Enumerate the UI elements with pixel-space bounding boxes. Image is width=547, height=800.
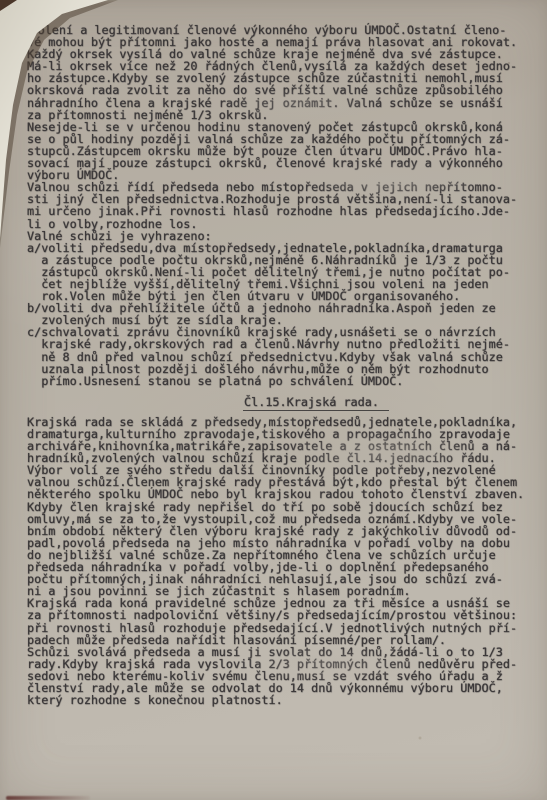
bottom-edge-mark — [6, 796, 90, 800]
text-line: li o volby,rozhodne los. — [27, 218, 539, 230]
text-line: okrsková rada zvolit za něho do své příš… — [27, 84, 539, 96]
text-line: krajské rady,okrskových rad a členů.Návr… — [27, 338, 539, 350]
scanned-page: olení a legitimovaní členové výkonného v… — [0, 0, 547, 800]
text-line: který rozhodne s konečnou platností. — [27, 694, 539, 706]
text-line: některého spolku ÚMDOČ nebo byl krajskou… — [27, 488, 539, 500]
text-line: Kdyby člen krajské rady nepřišel do tří … — [27, 501, 539, 513]
corner-background — [0, 0, 20, 14]
text-line: při rovnosti hlasů rozhoduje předsedajíc… — [27, 622, 539, 634]
section-heading-text: Čl.15.Krajská rada. — [243, 395, 389, 411]
text-line: náhradního člena a krajské radě jej ozná… — [27, 97, 539, 109]
text-line: ně 8 dnů před valnou schůzí předsednictv… — [27, 351, 539, 363]
text-line: Valné schůzi je vyhrazeno: — [27, 230, 539, 242]
text-line: a/voliti předsedu,dva místopředsedy,jedn… — [27, 242, 539, 254]
text-line: přímo.Usnesení stanou se platná po schvá… — [27, 375, 539, 387]
text-line: za přítomnosti nadpoloviční většiny/s př… — [27, 609, 539, 621]
document-text: olení a legitimovaní členové výkonného v… — [27, 24, 539, 706]
text-line: padech může předseda nařídit hlasování p… — [27, 634, 539, 646]
text-line: omluvy,má se za to,že vystoupil,což mu p… — [27, 513, 539, 525]
text-line: uznala pilnost později došlého návrhu,mů… — [27, 363, 539, 375]
text-line: Schůzi svolává předseda a musí ji svolat… — [27, 646, 539, 658]
section-heading: Čl.15.Krajská rada. — [60, 396, 547, 408]
text-line: mi určeno jinak.Při rovnosti hlasů rozho… — [27, 205, 539, 217]
text-line: za přítomnosti nejméně 1/3 okrsků. — [27, 109, 539, 121]
